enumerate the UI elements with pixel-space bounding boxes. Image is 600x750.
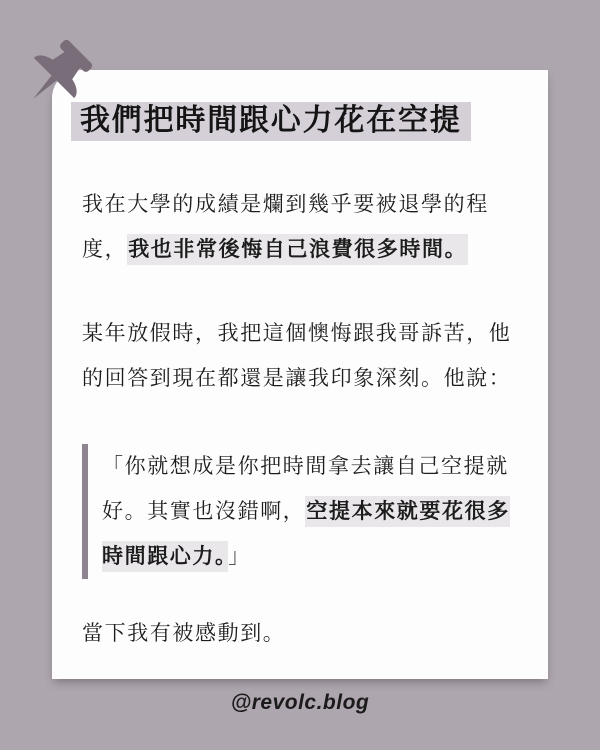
- pushpin-icon: [8, 32, 100, 124]
- watermark-handle: @revolc.blog: [0, 691, 600, 715]
- paragraph-1-highlighted-text: 我也非常後悔自己浪費很多時間。: [127, 234, 468, 265]
- brother-quote-block: 「你就想成是你把時間拿去讓自己空提就好。其實也沒錯啊，空提本來就要花很多時間跟心…: [82, 444, 518, 579]
- title-highlight: 我們把時間跟心力花在空提: [71, 102, 471, 141]
- content-card: 我們把時間跟心力花在空提 我在大學的成績是爛到幾乎要被退學的程度，我也非常後悔自…: [52, 70, 548, 679]
- post-canvas: 我們把時間跟心力花在空提 我在大學的成績是爛到幾乎要被退學的程度，我也非常後悔自…: [0, 0, 600, 750]
- paragraph-1: 我在大學的成績是爛到幾乎要被退學的程度，我也非常後悔自己浪費很多時間。: [82, 182, 518, 272]
- paragraph-2: 某年放假時，我把這個懊悔跟我哥訴苦，他的回答到現在都還是讓我印象深刻。他說：: [82, 311, 518, 401]
- post-title: 我們把時間跟心力花在空提: [82, 102, 518, 141]
- quote-closing-bracket: 」: [228, 545, 251, 568]
- closing-line: 當下我有被感動到。: [82, 611, 518, 656]
